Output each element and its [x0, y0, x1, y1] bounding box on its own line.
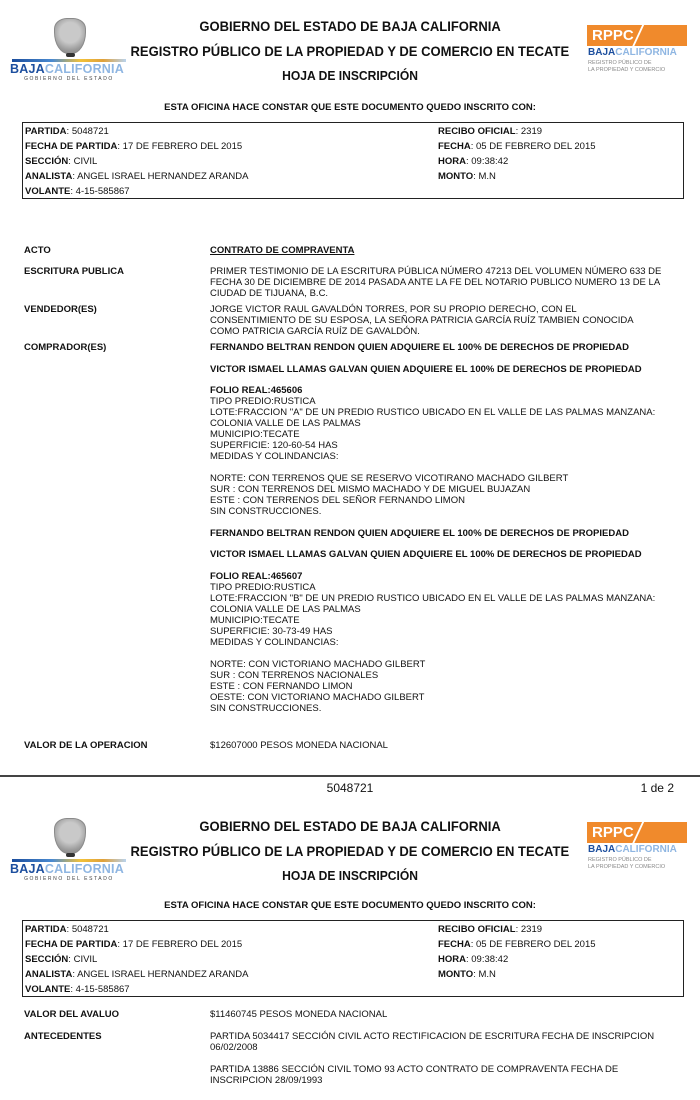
escritura-label: ESCRITURA PUBLICA [24, 266, 124, 277]
recibo-row: RECIBO OFICIAL: 2319 [438, 922, 542, 937]
seccion-row: SECCIÓN: CIVIL [25, 952, 97, 967]
rppc-subtitle: REGISTRO PÚBLICO DELA PROPIEDAD Y COMERC… [588, 60, 665, 73]
volante-row: VOLANTE: 4-15-585867 [25, 184, 130, 199]
valor-operacion-value: $12607000 PESOS MONEDA NACIONAL [210, 740, 685, 751]
analista-row: ANALISTA: ANGEL ISRAEL HERNANDEZ ARANDA [25, 967, 249, 982]
valor-operacion-label: VALOR DE LA OPERACION [24, 740, 148, 751]
partida-row: PARTIDA: 5048721 [25, 124, 109, 139]
rppc-wordmark: BAJACALIFORNIA [588, 844, 677, 855]
recibo-row: RECIBO OFICIAL: 2319 [438, 124, 542, 139]
antecedente-1: PARTIDA 5034417 SECCIÓN CIVIL ACTO RECTI… [210, 1031, 685, 1053]
fecha-partida-row: FECHA DE PARTIDA: 17 DE FEBRERO DEL 2015 [25, 937, 242, 952]
buyer-2-folio-2: VICTOR ISMAEL LLAMAS GALVAN QUIEN ADQUIE… [210, 549, 685, 560]
escritura-value: PRIMER TESTIMONIO DE LA ESCRITURA PÚBLIC… [210, 266, 685, 299]
comprador-label: COMPRADOR(ES) [24, 342, 106, 353]
page-divider [0, 775, 700, 777]
vendedor-value: JORGE VICTOR RAUL GAVALDÓN TORRES, POR S… [210, 304, 685, 337]
folio-real-465606: FOLIO REAL:465606 TIPO PREDIO:RUSTICA LO… [210, 385, 685, 517]
fecha-partida-row: FECHA DE PARTIDA: 17 DE FEBRERO DEL 2015 [25, 139, 242, 154]
analista-row: ANALISTA: ANGEL ISRAEL HERNANDEZ ARANDA [25, 169, 249, 184]
page-2: BAJACALIFORNIA GOBIERNO DEL ESTADO GOBIE… [0, 800, 700, 1100]
inscription-info-box: PARTIDA: 5048721 FECHA DE PARTIDA: 17 DE… [22, 122, 684, 199]
acto-value: CONTRATO DE COMPRAVENTA [210, 245, 685, 256]
rppc-wordmark: BAJACALIFORNIA [588, 47, 677, 58]
buyer-2-folio-1: VICTOR ISMAEL LLAMAS GALVAN QUIEN ADQUIE… [210, 364, 685, 375]
buyer-1-folio-2: FERNANDO BELTRAN RENDON QUIEN ADQUIERE E… [210, 528, 685, 539]
inscription-statement: ESTA OFICINA HACE CONSTAR QUE ESTE DOCUM… [0, 102, 700, 113]
hora-row: HORA: 09:38:42 [438, 952, 508, 967]
rppc-badge: RPPC [587, 25, 687, 46]
page-1: BAJACALIFORNIA GOBIERNO DEL ESTADO GOBIE… [0, 0, 700, 772]
rppc-logo: RPPC BAJACALIFORNIA REGISTRO PÚBLICO DEL… [587, 25, 692, 77]
vendedor-label: VENDEDOR(ES) [24, 304, 97, 315]
monto-row: MONTO: M.N [438, 169, 496, 184]
acto-label: ACTO [24, 245, 51, 256]
seccion-row: SECCIÓN: CIVIL [25, 154, 97, 169]
valor-avaluo-label: VALOR DEL AVALUO [24, 1009, 119, 1020]
antecedentes-label: ANTECEDENTES [24, 1031, 102, 1042]
page-header: BAJACALIFORNIA GOBIERNO DEL ESTADO GOBIE… [0, 800, 700, 890]
page-header: BAJACALIFORNIA GOBIERNO DEL ESTADO GOBIE… [0, 0, 700, 90]
monto-row: MONTO: M.N [438, 967, 496, 982]
folio-real-465607: FOLIO REAL:465607 TIPO PREDIO:RUSTICA LO… [210, 571, 685, 714]
volante-row: VOLANTE: 4-15-585867 [25, 982, 130, 997]
inscription-statement: ESTA OFICINA HACE CONSTAR QUE ESTE DOCUM… [0, 900, 700, 911]
hora-row: HORA: 09:38:42 [438, 154, 508, 169]
rppc-logo: RPPC BAJACALIFORNIA REGISTRO PÚBLICO DEL… [587, 822, 692, 874]
fecha-row: FECHA: 05 DE FEBRERO DEL 2015 [438, 139, 596, 154]
rppc-subtitle: REGISTRO PÚBLICO DELA PROPIEDAD Y COMERC… [588, 857, 665, 870]
footer-partida-number: 5048721 [0, 781, 700, 795]
valor-avaluo-value: $11460745 PESOS MONEDA NACIONAL [210, 1009, 685, 1020]
rppc-badge: RPPC [587, 822, 687, 843]
footer-page-indicator: 1 de 2 [641, 781, 674, 795]
inscription-info-box: PARTIDA: 5048721 FECHA DE PARTIDA: 17 DE… [22, 920, 684, 997]
fecha-row: FECHA: 05 DE FEBRERO DEL 2015 [438, 937, 596, 952]
partida-row: PARTIDA: 5048721 [25, 922, 109, 937]
buyer-1-folio-1: FERNANDO BELTRAN RENDON QUIEN ADQUIERE E… [210, 342, 685, 353]
antecedente-2: PARTIDA 13886 SECCIÓN CIVIL TOMO 93 ACTO… [210, 1064, 685, 1086]
